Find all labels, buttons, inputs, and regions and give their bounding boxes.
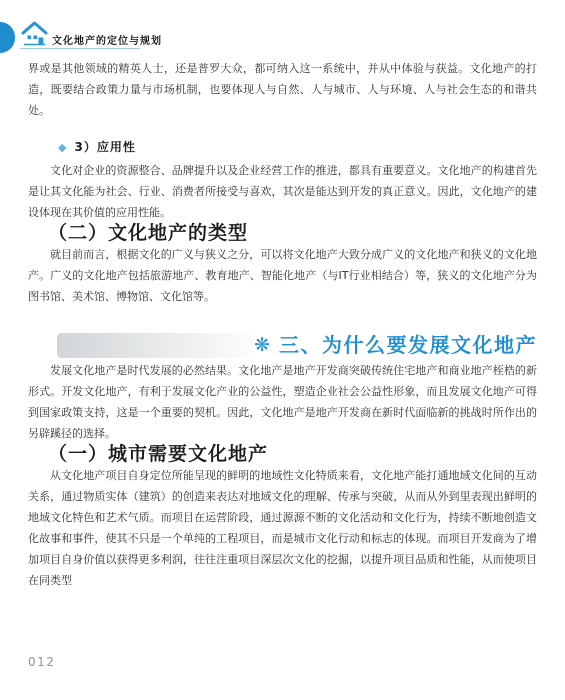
- applicability-subheading: ◆3）应用性: [58, 137, 537, 158]
- book-title: 文化地产的定位与规划: [52, 32, 162, 47]
- applicability-paragraph: 文化对企业的资源整合、品牌提升以及企业经营工作的推进，都具有重要意义。文化地产的…: [28, 160, 537, 223]
- chapter-banner-title-group: ❋ 三、为什么要发展文化地产: [254, 330, 537, 360]
- intro-paragraph: 界或是其他领域的精英人士，还是普罗大众，都可纳入这一系统中，并从中体验与获益。文…: [28, 58, 537, 121]
- types-paragraph: 就目前而言，根据文化的广义与狭义之分，可以将文化地产大致分成广义的文化地产和狭义…: [28, 244, 537, 307]
- house-icon: [21, 20, 48, 51]
- header-underline: [20, 48, 140, 49]
- document-page: 文化地产的定位与规划 界或是其他领域的精英人士，还是普罗大众，都可纳入这一系统中…: [0, 0, 565, 700]
- page-number: 012: [28, 655, 55, 669]
- section-heading-city: （一）城市需要文化地产: [48, 444, 537, 465]
- chapter-paragraph: 发展文化地产是时代发展的必然结果。文化地产是地产开发商突破传统住宅地产和商业地产…: [28, 360, 537, 444]
- chapter-title: 三、为什么要发展文化地产: [279, 335, 537, 355]
- diamond-bullet-icon: ◆: [58, 141, 67, 154]
- chapter-banner: ❋ 三、为什么要发展文化地产: [28, 330, 537, 360]
- city-paragraph: 从文化地产项目自身定位所能呈现的鲜明的地域性文化特质来看，文化地产能打通地域文化…: [28, 465, 537, 591]
- page-content: 界或是其他领域的精英人士，还是普罗大众，都可纳入这一系统中，并从中体验与获益。文…: [28, 58, 537, 591]
- section-heading-types: （二）文化地产的类型: [48, 223, 537, 244]
- header-semicircle-decoration: [0, 22, 15, 53]
- flower-icon: ❋: [254, 336, 270, 355]
- page-header: 文化地产的定位与规划: [0, 20, 565, 56]
- applicability-subheading-label: 3）应用性: [74, 140, 135, 154]
- chapter-banner-gradient-bar: [57, 333, 255, 358]
